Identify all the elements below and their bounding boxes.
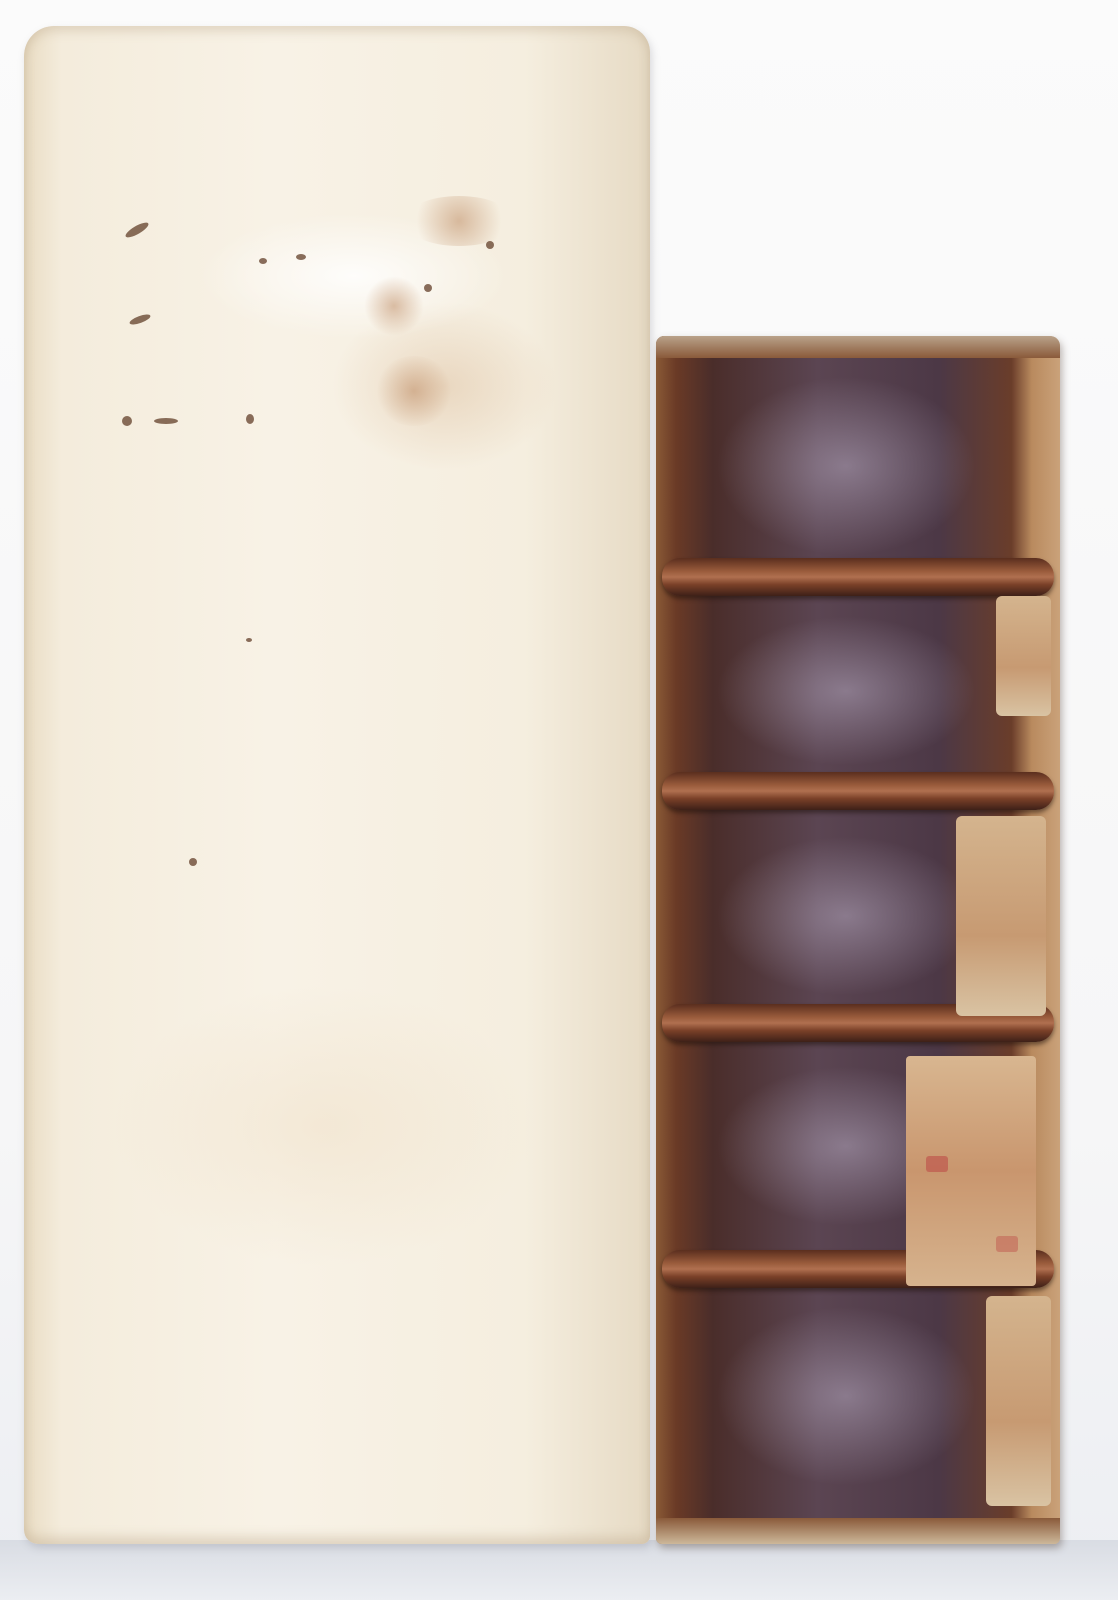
paper-label-remnant — [906, 1056, 1036, 1286]
spine-tailcap — [656, 1518, 1060, 1544]
leather-bound-book-spine — [656, 336, 1060, 1544]
ink-remnant — [128, 312, 151, 326]
ink-remnant — [124, 220, 151, 240]
leather-sheen — [716, 1306, 976, 1486]
leather-sheen — [716, 376, 976, 556]
ink-remnant — [486, 241, 494, 249]
stain — [364, 276, 424, 336]
torn-leather-area — [956, 816, 1046, 1016]
ink-remnant — [259, 258, 267, 264]
raised-band — [662, 772, 1054, 810]
vellum-bound-book-spine — [24, 26, 650, 1544]
leather-sheen — [716, 836, 976, 996]
torn-leather-area — [996, 596, 1051, 716]
stain — [404, 196, 514, 246]
raised-band — [662, 558, 1054, 596]
ink-remnant — [246, 414, 254, 424]
ink-remnant — [424, 284, 432, 292]
table-surface-shadow — [0, 1540, 1118, 1600]
stain — [374, 356, 454, 426]
leather-sheen — [716, 616, 976, 766]
ink-remnant — [154, 418, 178, 424]
ink-remnant — [246, 638, 252, 642]
spine-headcap — [656, 336, 1060, 358]
ink-remnant — [189, 858, 197, 866]
ink-remnant — [296, 254, 306, 260]
torn-leather-area — [986, 1296, 1051, 1506]
ink-remnant — [122, 416, 132, 426]
